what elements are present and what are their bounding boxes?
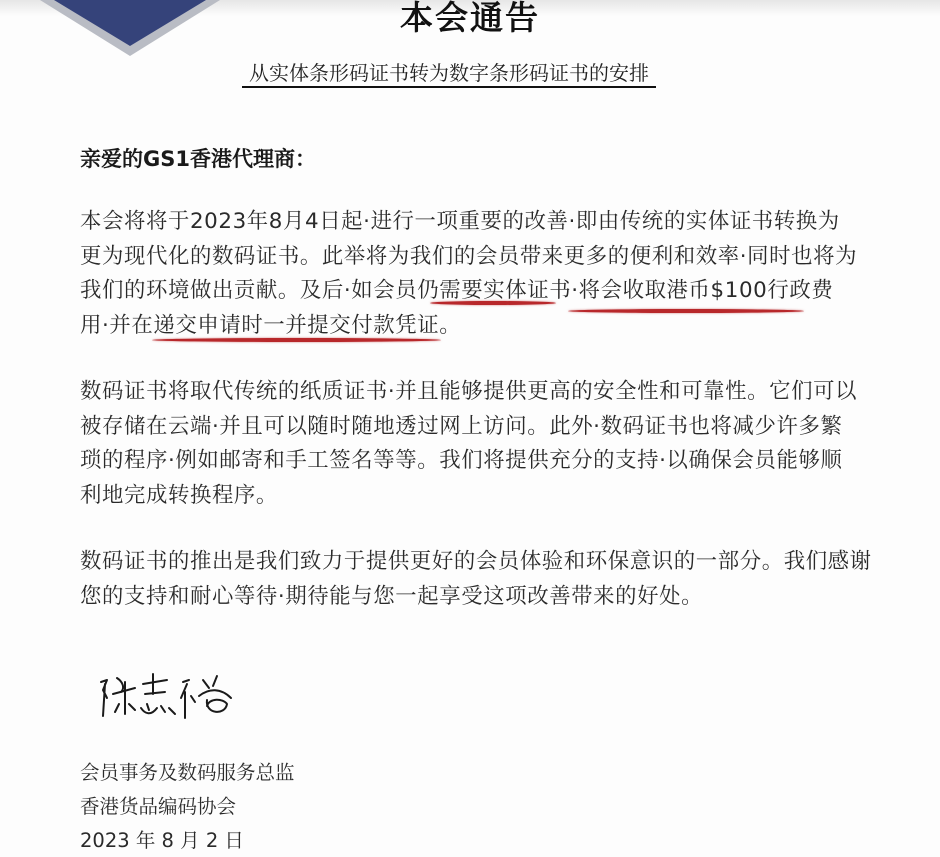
notice-title: 本会通告: [0, 0, 940, 36]
paragraph-line: 数码证书将取代传统的纸质证书·并且能够提供更高的安全性和可靠性。它们可以: [80, 375, 840, 410]
paragraph-3: 数码证书的推出是我们致力于提供更好的会员体验和环保意识的一部分。我们感谢 您的支…: [80, 545, 840, 614]
signoff-block: 会员事务及数码服务总监 香港货品编码协会 2023 年 8 月 2 日: [80, 756, 295, 857]
paragraph-1: 本会将将于2023年8月4日起·进行一项重要的改善·即由传统的实体证书转换为 更…: [80, 205, 840, 344]
organization-name: 香港货品编码协会: [80, 790, 295, 824]
handwritten-signature: [95, 668, 245, 724]
highlight-underline-admin-fee: [568, 309, 804, 313]
paragraph-line: 被存储在云端·并且可以随时随地透过网上访问。此外·数码证书也将减少许多繁: [80, 410, 840, 445]
paragraph-line: 数码证书的推出是我们致力于提供更好的会员体验和环保意识的一部分。我们感谢: [80, 545, 840, 580]
paragraph-line: 更为现代化的数码证书。此举将为我们的会员带来更多的便利和效率·同时也将为: [80, 240, 840, 275]
paragraph-line: 您的支持和耐心等待·期待能与您一起享受这项改善带来的好处。: [80, 580, 840, 615]
paragraph-line: 琐的程序·例如邮寄和手工签名等等。我们将提供充分的支持·以确保会员能够顺: [80, 444, 840, 479]
letter-date: 2023 年 8 月 2 日: [80, 824, 295, 857]
notice-subtitle: 从实体条形码证书转为数字条形码证书的安排: [242, 60, 656, 88]
paragraph-line: 本会将将于2023年8月4日起·进行一项重要的改善·即由传统的实体证书转换为: [80, 205, 840, 240]
highlight-underline-payment-proof: [152, 338, 441, 342]
greeting: 亲爱的GS1香港代理商：: [80, 145, 316, 173]
paragraph-line: 利地完成转换程序。: [80, 479, 840, 514]
highlight-underline-physical-cert: [430, 301, 556, 305]
paragraph-2: 数码证书将取代传统的纸质证书·并且能够提供更高的安全性和可靠性。它们可以 被存储…: [80, 375, 840, 514]
signer-position: 会员事务及数码服务总监: [80, 756, 295, 790]
